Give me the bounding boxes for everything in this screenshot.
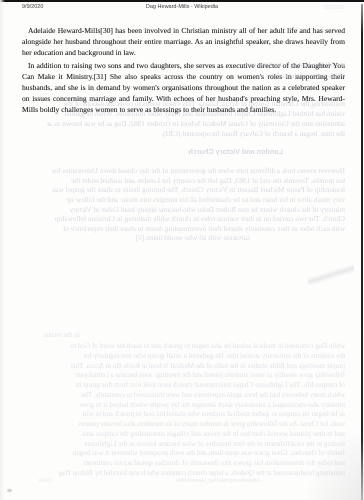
bleed-line: fellowship grew steadily as more student… [22,371,345,381]
bleed-line: very much alive in his heart and so he c… [22,195,345,205]
bleed-line: in the recent [22,331,80,341]
bleed-footer-page-number: 21/24 [24,477,52,487]
scan-edge-left [0,0,5,500]
bleed-line: admission into the University of Ghana M… [22,119,345,129]
bleed-footer-url: wikipedia.org/wiki/Dag_Heward-Mills [160,477,260,487]
bleed-line: the time, began a branch of Calvary Road… [22,129,345,139]
bleed-line: which many believers had the born again … [22,391,345,401]
print-header-title: Dag Heward-Mills - Wikipedia [0,4,364,10]
bleed-line: Church. The two carried on in their vari… [22,214,345,224]
bleed-section-heading: London and Victory Church [185,147,283,157]
scan-crease-artifact [304,241,358,309]
bleed-line: leadership of Pastor Michael Bassett in … [22,185,345,195]
print-header: 9/9/2020 Dag Heward-Mills - Wikipedia [0,4,364,14]
scan-speck-artifact [7,489,12,492]
scan-edge-top [0,0,364,2]
scanned-wikipedia-page: 9/9/2020 Dag Heward-Mills - Wikipedia 9/… [0,0,364,500]
bleed-line: salvation with all who would listen.[5] [100,233,250,243]
bleed-line: the students of the university around hi… [22,352,345,362]
page-curl-shadow [294,410,364,500]
bleed-line: of campus life. The Lighthouse Chapel In… [22,381,345,391]
bleed-line: with each other as they constantly share… [22,224,345,234]
article-paragraph-2: In addition to raising two sons and two … [22,60,345,115]
bleed-line: ten months. Towards the end of 1983, Dag… [22,176,345,186]
bleed-line: However events took a different turn whe… [22,166,345,176]
article-paragraph-1: Adelaide Heward-Mills[30] has been invol… [22,25,345,58]
bleed-line: prayer meetings and Bible studies in the… [22,362,345,372]
bleed-line: ministry of the church where he met Robe… [22,205,345,215]
bleed-line: while Dag continued in medical school he… [22,342,345,352]
